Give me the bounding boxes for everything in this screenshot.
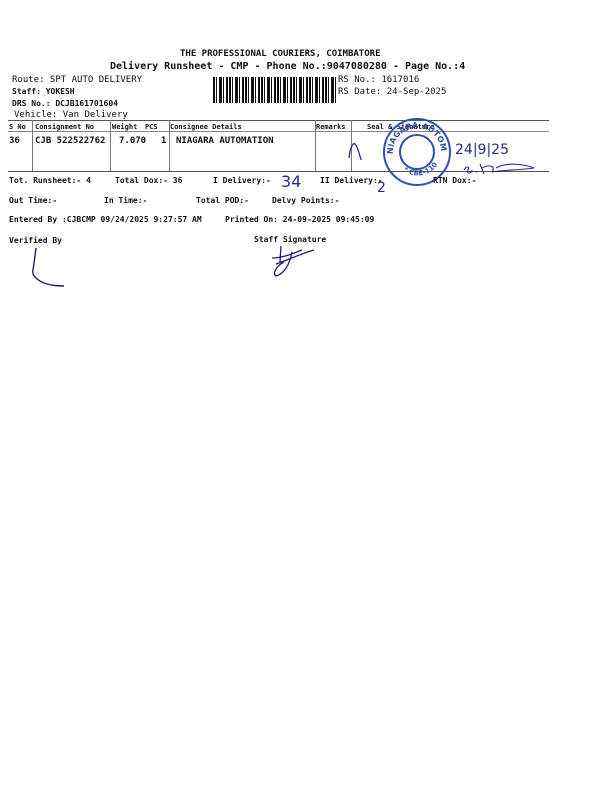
barcode [213, 77, 336, 103]
staff-signature [268, 244, 328, 280]
cell-consignment: CJB 522522762 [35, 136, 105, 146]
verified-by-label: Verified By [9, 236, 62, 245]
vehicle-label: Vehicle: Van Delivery [14, 110, 128, 120]
i-delivery: I Delivery:- [213, 176, 271, 185]
total-pod: Total POD:- [196, 196, 249, 205]
col-divider [110, 120, 111, 171]
handwritten-initials [462, 158, 542, 178]
route-label: Route: SPT AUTO DELIVERY [12, 75, 142, 85]
staff-label: Staff: YOKESH [12, 87, 75, 96]
entered-by: Entered By :CJBCMP 09/24/2025 9:27:57 AM [9, 215, 202, 224]
out-time: Out Time:- [9, 196, 57, 205]
svg-text:NIAGARA AUTOMATIONS: NIAGARA AUTOMATIONS [383, 118, 448, 154]
cell-sno: 36 [9, 136, 20, 146]
total-dox: Total Dox:- 36 [115, 176, 182, 185]
handwritten-date: 24|9|25 [455, 142, 509, 158]
runsheet-subtitle: Delivery Runsheet - CMP - Phone No.:9047… [110, 61, 465, 72]
verified-by-signature [28, 246, 73, 291]
company-title: THE PROFESSIONAL COURIERS, COIMBATORE [180, 49, 380, 59]
rs-date: RS Date: 24-Sep-2025 [338, 87, 446, 97]
drs-number: DRS No.: DCJB161701604 [12, 99, 118, 108]
table-top-border [8, 120, 549, 121]
header-pcs: PCS [145, 123, 158, 131]
header-remarks: Remarks [316, 123, 346, 131]
remarks-handwritten-mark [345, 136, 369, 166]
staff-signature-label: Staff Signature [254, 235, 326, 244]
cell-weight: 7.070 [119, 136, 146, 146]
i-delivery-handwritten: 34 [281, 172, 301, 191]
cell-pcs: 1 [161, 136, 166, 146]
printed-on: Printed On: 24-09-2025 09:45:09 [225, 215, 374, 224]
header-consignment: Consignment No [35, 123, 94, 131]
ii-delivery-handwritten: 2 [377, 180, 386, 196]
tot-runsheet: Tot. Runsheet:- 4 [9, 176, 91, 185]
delvy-points: Delvy Points:- [272, 196, 339, 205]
rtn-dox: RTN Dox:- [433, 176, 476, 185]
in-time: In Time:- [104, 196, 147, 205]
col-divider [32, 120, 33, 171]
header-sno: S No [9, 123, 26, 131]
header-weight: Weight [112, 123, 137, 131]
header-consignee: Consignee Details [170, 123, 242, 131]
table-header-border [8, 131, 549, 132]
ii-delivery: II Delivery:- [320, 176, 383, 185]
rs-number: RS No.: 1617016 [338, 75, 419, 85]
cell-consignee: NIAGARA AUTOMATION [176, 136, 274, 146]
